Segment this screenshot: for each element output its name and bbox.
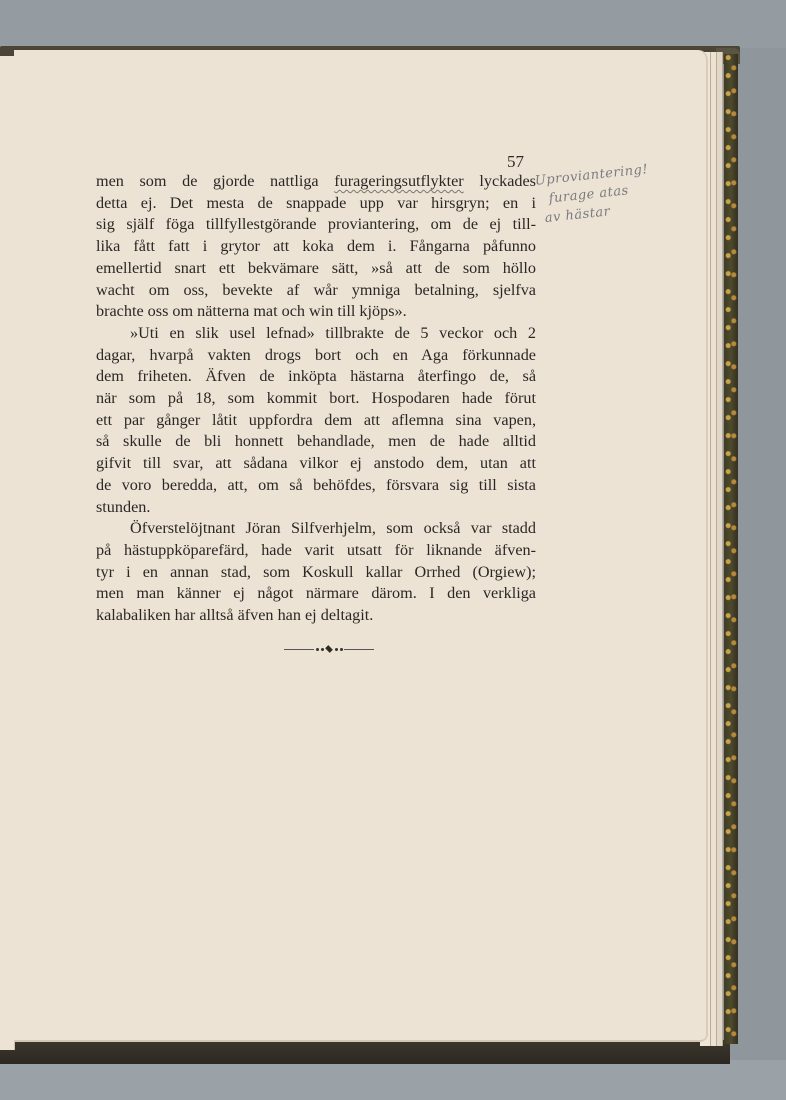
text-line: men man känner ej något närmare därom. I… bbox=[96, 583, 536, 605]
facing-page-edge bbox=[0, 56, 15, 1050]
text-line: men som de gjorde nattliga furageringsut… bbox=[96, 171, 536, 193]
text-fragment: men som de gjorde nattliga bbox=[96, 172, 334, 190]
text-line: wacht om oss, bevekte af wår ymniga beta… bbox=[96, 280, 536, 302]
underlined-word: furageringsutflykter bbox=[334, 172, 463, 190]
text-line: när som på 18, som kommit bort. Hospodar… bbox=[96, 388, 536, 410]
body-text: men som de gjorde nattliga furageringsut… bbox=[96, 171, 536, 627]
text-line: gifvit till svar, att sådana vilkor ej a… bbox=[96, 453, 536, 475]
ornament-rule bbox=[284, 649, 314, 650]
text-line: sig själf föga tillfyllestgörande provia… bbox=[96, 214, 536, 236]
text-line: de voro beredda, att, om så behöfdes, fö… bbox=[96, 475, 536, 497]
section-divider-ornament bbox=[284, 645, 374, 655]
text-line: kalabaliken har alltså äfven han ej delt… bbox=[96, 605, 536, 627]
ornament-diamond-icon bbox=[325, 645, 333, 653]
text-line: stunden. bbox=[96, 497, 536, 519]
text-fragment: lyckades bbox=[464, 172, 536, 190]
ornament-dot bbox=[316, 648, 319, 651]
page-number: 57 bbox=[484, 152, 524, 172]
text-line: lika fått fatt i grytor att koka dem i. … bbox=[96, 236, 536, 258]
text-line: dem friheten. Äfven de inköpta hästarna … bbox=[96, 366, 536, 388]
ornament-dot bbox=[340, 648, 343, 651]
background-top bbox=[0, 0, 786, 48]
text-line: så skulle de bli honnett behandlade, men… bbox=[96, 431, 536, 453]
text-line: på hästuppköparefärd, hade varit utsatt … bbox=[96, 540, 536, 562]
paragraph-start-line: Öfverstelöjtnant Jöran Silfverhjelm, som… bbox=[96, 518, 536, 540]
background-bottom bbox=[0, 1060, 786, 1100]
ornament-rule bbox=[344, 649, 374, 650]
text-line: dagar, hvarpå vakten drogs bort och en A… bbox=[96, 345, 536, 367]
text-line: tyr i en annan stad, som Koskull kallar … bbox=[96, 562, 536, 584]
ornament-dot bbox=[321, 648, 324, 651]
ornament-dot bbox=[335, 648, 338, 651]
text-line: ett par gånger låtit uppfordra dem att a… bbox=[96, 410, 536, 432]
text-line: detta ej. Det mesta de snappade upp var … bbox=[96, 193, 536, 215]
paragraph-start-line: »Uti en slik usel lefnad» tillbrakte de … bbox=[96, 323, 536, 345]
text-line: emellertid snart ett bekvämare sätt, »så… bbox=[96, 258, 536, 280]
book-cover-bottom-edge bbox=[0, 1040, 730, 1064]
text-line: brachte oss om nätterna mat och win till… bbox=[96, 301, 536, 323]
book-cover-marbled-edge bbox=[724, 54, 738, 1044]
